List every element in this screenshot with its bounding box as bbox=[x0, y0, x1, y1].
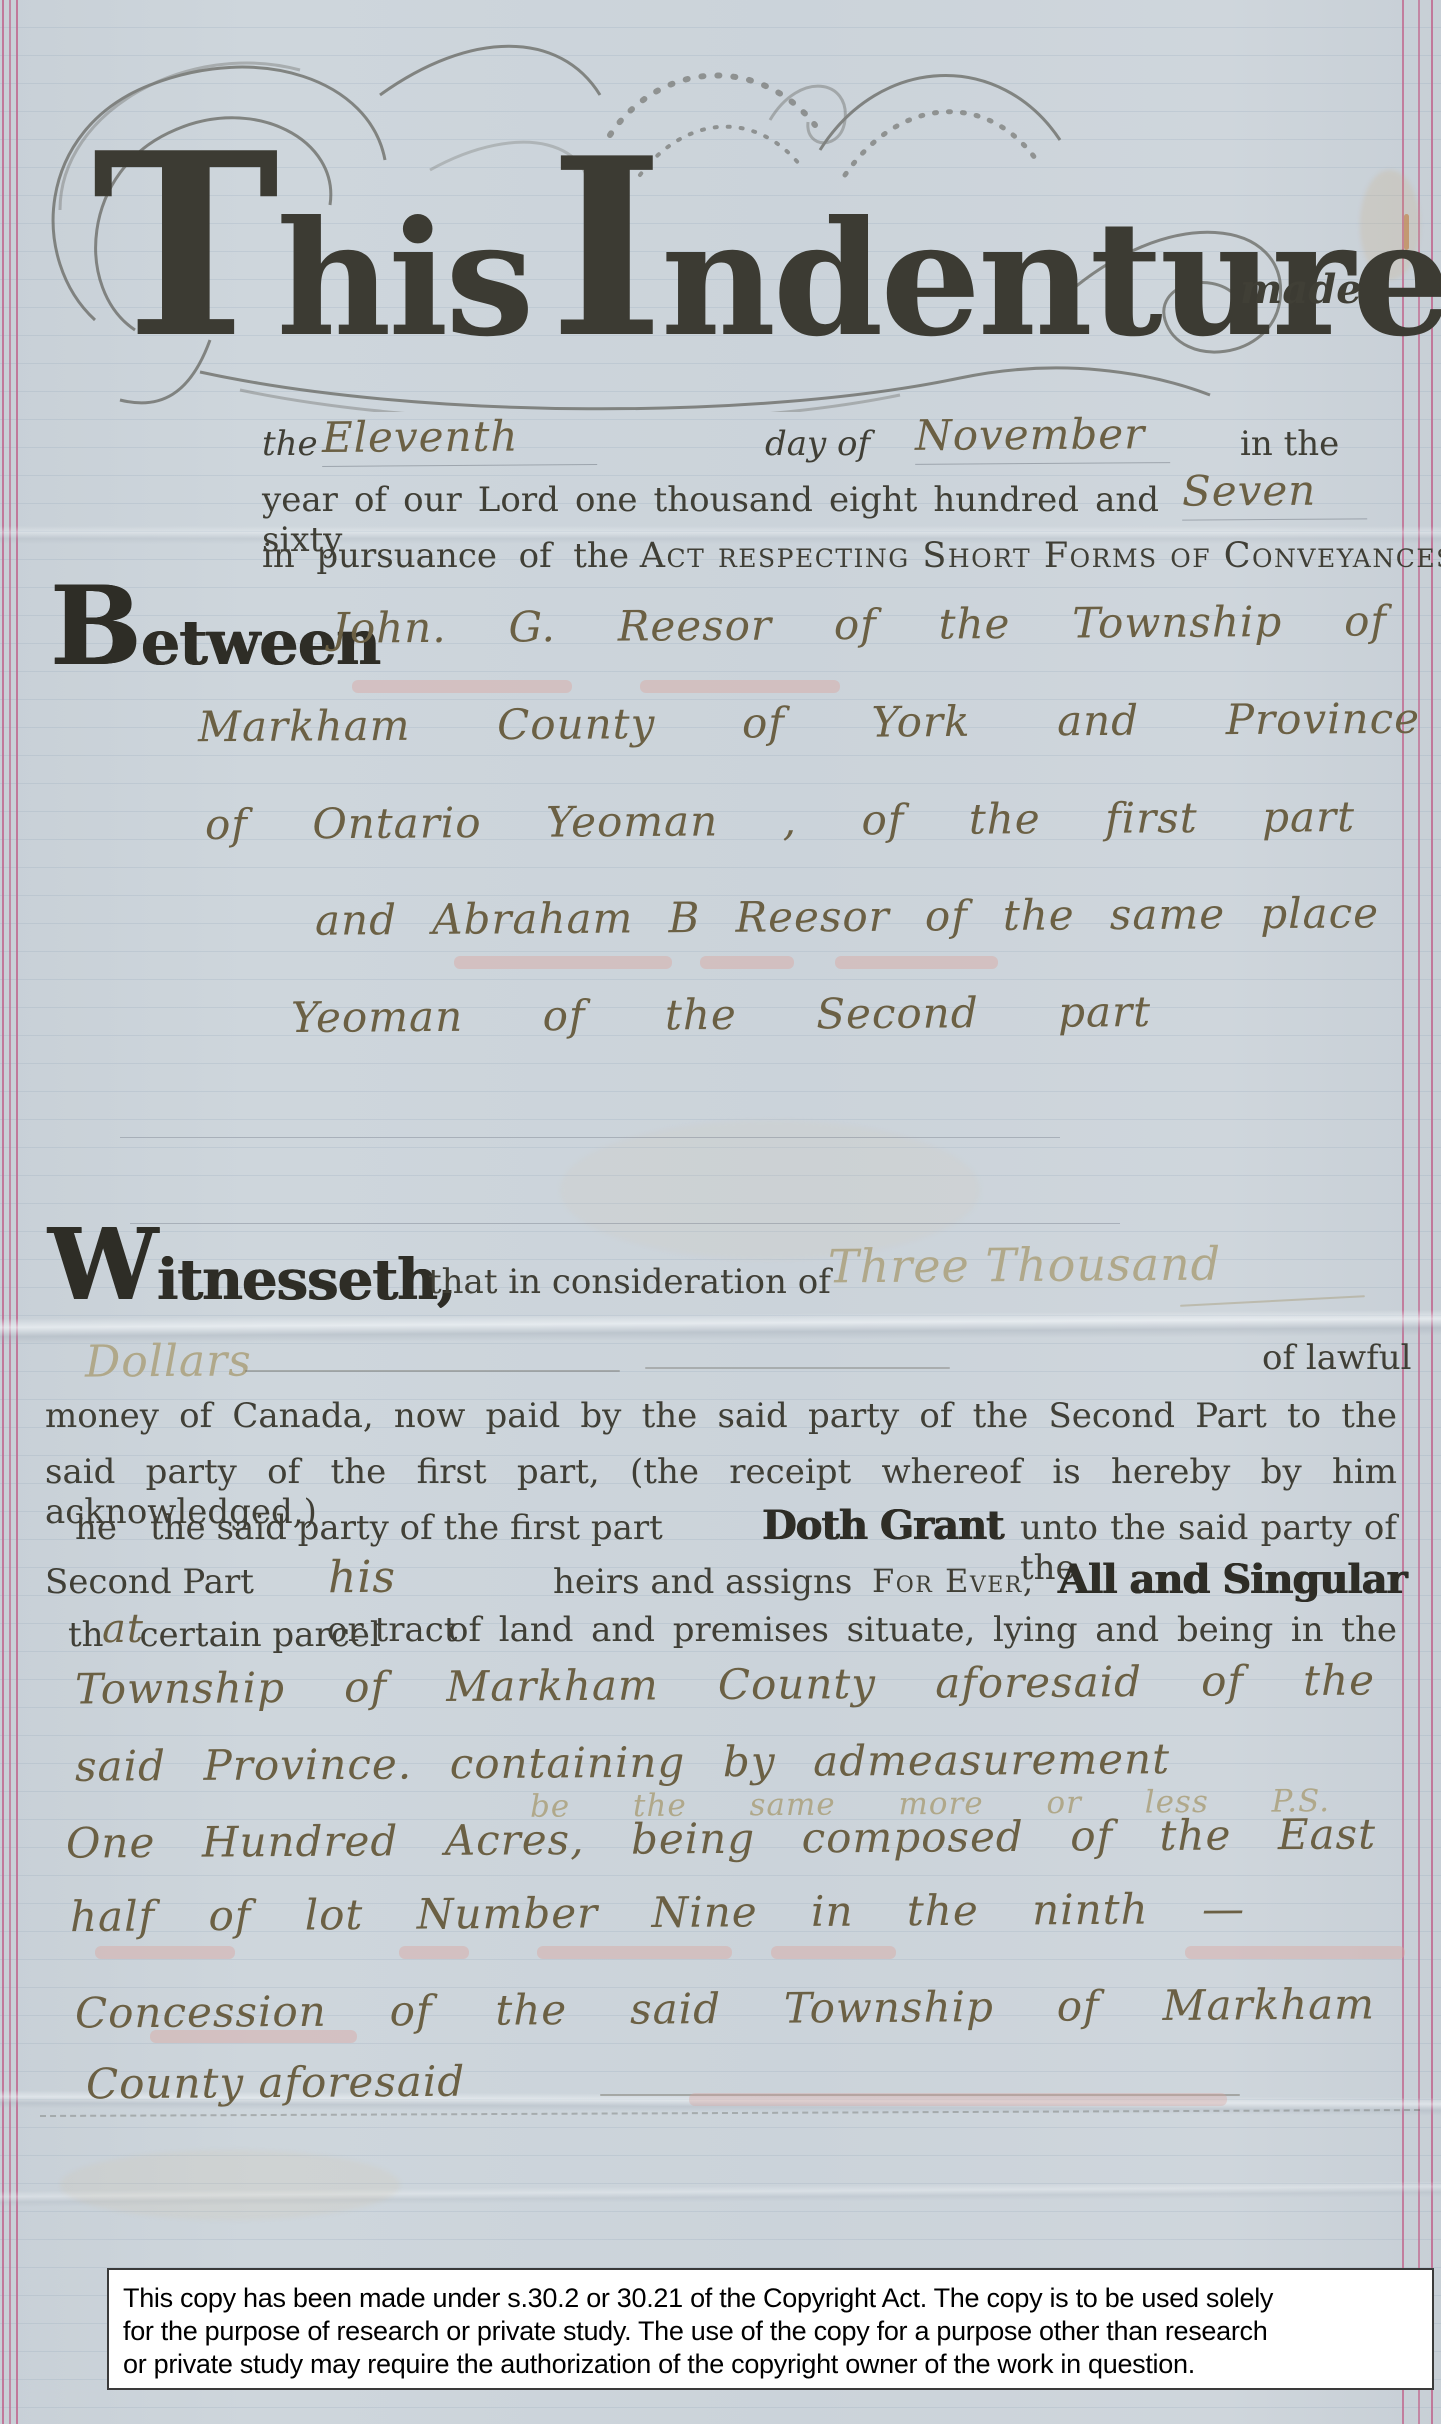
highlight-mark bbox=[700, 956, 794, 969]
for-ever-smallcaps: For Ever, bbox=[872, 1562, 1035, 1600]
of-lawful-text: of lawful bbox=[1262, 1338, 1411, 1378]
witnesseth-label: Witnesseth, bbox=[48, 1222, 455, 1313]
calligraphic-header-flourishes: ThisIndenture bbox=[0, 0, 1441, 412]
copyright-notice-line-3: or private study may require the authori… bbox=[123, 2348, 1418, 2381]
pursuance-text: in pursuance of the bbox=[262, 536, 629, 576]
party1-line2: Markham County of York and Province bbox=[198, 694, 1420, 752]
that-at-inserted: at bbox=[101, 1606, 143, 1652]
body-premises: of land and premises situate, lying and … bbox=[448, 1610, 1397, 1650]
consideration-text: that in consideration of bbox=[428, 1262, 831, 1302]
party1-line1: John. G. Reesor of the Township of bbox=[332, 596, 1387, 652]
highlight-mark bbox=[689, 2093, 1227, 2106]
pen-tail-stroke bbox=[1180, 1295, 1365, 1307]
copyright-notice-line-2: for the purpose of research or private s… bbox=[123, 2315, 1418, 2348]
paper-stain bbox=[60, 2150, 400, 2220]
body-first-part: the said party of the first part bbox=[150, 1508, 663, 1548]
party1-line3: of Ontario Yeoman , of the first part bbox=[205, 792, 1355, 849]
copyright-notice-line-1: This copy has been made under s.30.2 or … bbox=[123, 2282, 1418, 2315]
body-or-tract: or tract bbox=[327, 1610, 457, 1650]
highlight-mark bbox=[835, 956, 998, 969]
witnesseth-initial: W bbox=[48, 1208, 157, 1323]
between-label: Between bbox=[50, 578, 380, 679]
opening-day-of: day of bbox=[765, 424, 870, 464]
between-initial: B bbox=[50, 562, 141, 690]
document-title-calligraphy: ThisIndenture bbox=[92, 98, 1441, 394]
highlight-mark bbox=[454, 956, 672, 969]
land-line-6: County aforesaid bbox=[86, 2057, 466, 2109]
act-title: Act respecting Short Forms of Conveyance… bbox=[640, 536, 1441, 576]
highlight-mark bbox=[771, 1946, 896, 1959]
witnesseth-rest: itnesseth, bbox=[157, 1247, 455, 1313]
pursuance-line: in pursuance of the Act respecting Short… bbox=[262, 536, 1441, 576]
his-handwritten: his bbox=[328, 1552, 396, 1603]
land-line-3: One Hundred Acres, being composed of the… bbox=[66, 1809, 1376, 1867]
party2-line1: and Abraham B Reesor of the same place bbox=[315, 888, 1379, 944]
highlight-mark bbox=[537, 1946, 732, 1959]
month-handwritten: November bbox=[915, 409, 1170, 465]
copyright-notice-box: This copy has been made under s.30.2 or … bbox=[107, 2268, 1434, 2390]
party2-line2: Yeoman of the Second part bbox=[291, 987, 1151, 1042]
highlight-mark bbox=[95, 1946, 235, 1959]
body-heirs: heirs and assigns bbox=[553, 1562, 852, 1602]
dollars-handwritten: Dollars bbox=[85, 1335, 252, 1387]
that-th: th bbox=[68, 1615, 104, 1655]
highlight-mark bbox=[399, 1946, 469, 1959]
all-singular-blackletter: All and Singular bbox=[1058, 1556, 1407, 1603]
scanned-indenture-page: ThisIndenture made the Eleventh day of N… bbox=[0, 0, 1441, 2424]
highlight-mark bbox=[1185, 1946, 1405, 1959]
amount-handwritten: Three Thousand bbox=[828, 1237, 1221, 1294]
highlight-mark bbox=[150, 2030, 357, 2043]
land-line-4: half of lot Number Nine in the ninth — bbox=[70, 1884, 1245, 1941]
land-line-5: Concession of the said Township of Markh… bbox=[75, 1979, 1375, 2037]
highlight-mark bbox=[352, 680, 572, 693]
made-word: made bbox=[1240, 266, 1362, 313]
highlight-mark bbox=[640, 680, 840, 693]
body-second-part: Second Part bbox=[45, 1562, 254, 1602]
year-handwritten: Seven bbox=[1182, 465, 1367, 520]
doth-grant-blackletter: Doth Grant bbox=[762, 1502, 1004, 1549]
opening-the: the bbox=[262, 424, 318, 464]
handwritten-dash bbox=[645, 1367, 950, 1369]
land-line-1: Township of Markham County aforesaid of … bbox=[75, 1655, 1375, 1713]
handwritten-dash bbox=[245, 1370, 620, 1372]
day-handwritten: Eleventh bbox=[322, 411, 597, 467]
body-he: he bbox=[75, 1508, 117, 1548]
opening-in-the: in the bbox=[1240, 424, 1339, 464]
body-line-1: money of Canada, now paid by the said pa… bbox=[45, 1396, 1397, 1436]
land-line-2: said Province. containing by admeasureme… bbox=[75, 1734, 1170, 1791]
blank-form-rule bbox=[120, 1137, 1060, 1138]
